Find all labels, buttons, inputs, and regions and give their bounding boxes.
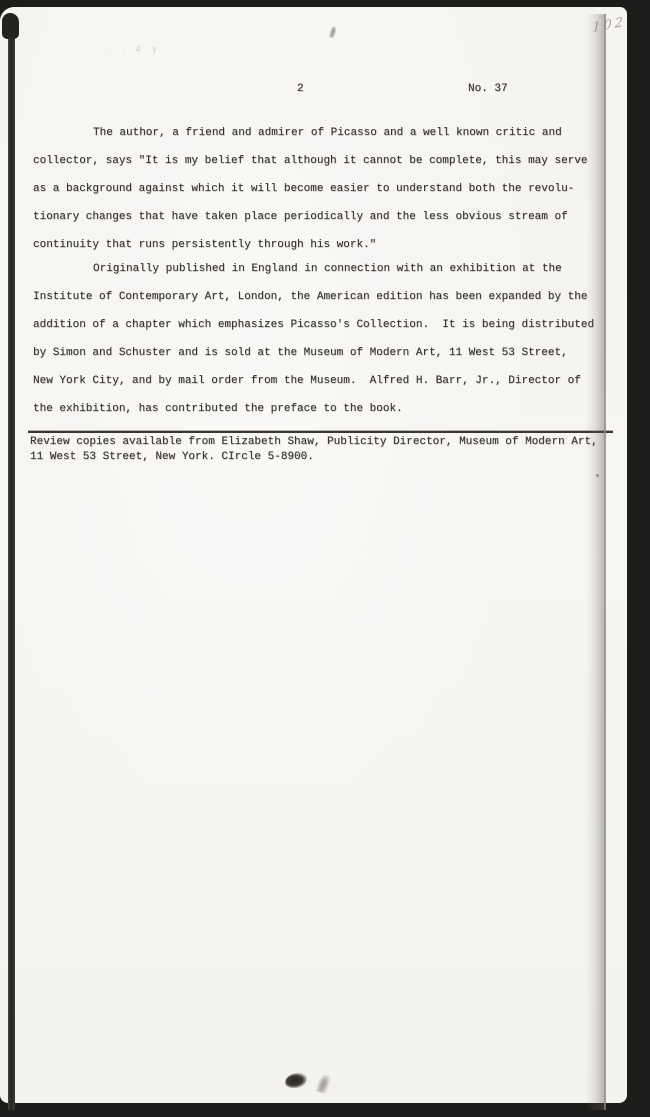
body-line: New York City, and by mail order from th… [33, 367, 613, 395]
body-line: as a background against which it will be… [33, 175, 613, 203]
divider-rule [28, 431, 613, 433]
body-line: The author, a friend and admirer of Pica… [33, 119, 613, 147]
footer-line: Review copies available from Elizabeth S… [30, 435, 620, 450]
release-number: No. 37 [468, 83, 508, 95]
footer-line: 11 West 53 Street, New York. CIrcle 5-89… [30, 450, 620, 465]
smudge-mark-top [329, 26, 337, 38]
pencil-marks: . . 4 y [108, 44, 179, 62]
body-line: Institute of Contemporary Art, London, t… [33, 283, 613, 311]
body-line: collector, says "It is my belief that al… [33, 147, 613, 175]
page-edge-shade [586, 14, 604, 1110]
body-line: addition of a chapter which emphasizes P… [33, 311, 613, 339]
paper-sheet: . . 4 y 102 2 No. 37 The author, a frien… [0, 7, 627, 1103]
page-edge-line [604, 14, 606, 1110]
paragraph-1: The author, a friend and admirer of Pica… [33, 119, 613, 259]
body-line: Originally published in England in conne… [33, 255, 613, 283]
body-line: the exhibition, has contributed the pref… [33, 395, 613, 423]
page-header: 2 No. 37 [0, 83, 627, 99]
page-number: 2 [297, 83, 304, 95]
binding-shadow [8, 16, 15, 1110]
ink-smudge [284, 1072, 308, 1090]
body-line: by Simon and Schuster and is sold at the… [33, 339, 613, 367]
review-copies-note: Review copies available from Elizabeth S… [30, 435, 620, 465]
scanned-page: . . 4 y 102 2 No. 37 The author, a frien… [0, 0, 650, 1117]
binding-shadow-top [2, 13, 19, 39]
ink-smudge-faint [316, 1074, 333, 1095]
body-line: tionary changes that have taken place pe… [33, 203, 613, 231]
paragraph-2: Originally published in England in conne… [33, 255, 613, 423]
